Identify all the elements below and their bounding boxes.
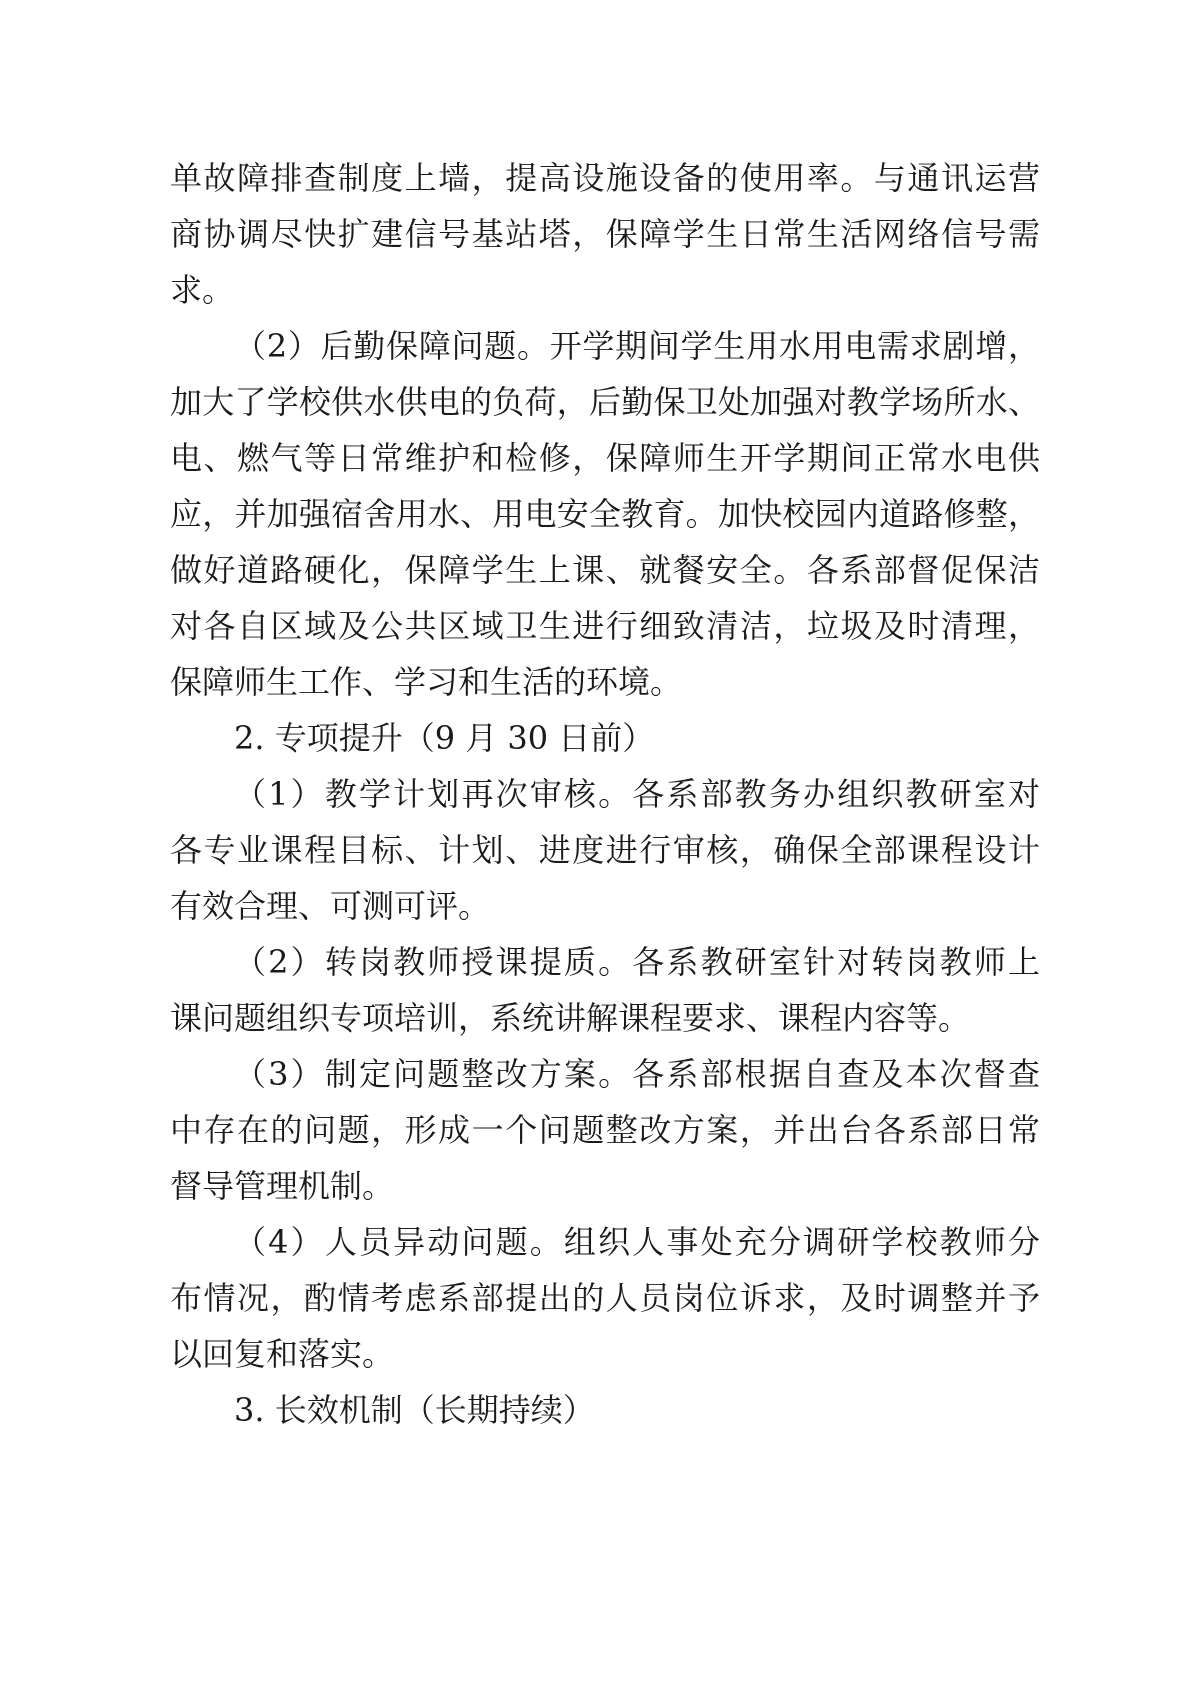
- document-body: 单故障排查制度上墙，提高设施设备的使用率。与通讯运营商协调尽快扩建信号基站塔，保…: [170, 150, 1040, 1438]
- text-line: 以回复和落实。: [170, 1326, 1040, 1382]
- text-line: 中存在的问题，形成一个问题整改方案，并出台各系部日常: [170, 1102, 1040, 1158]
- text-line: （4）人员异动问题。组织人事处充分调研学校教师分: [170, 1214, 1040, 1270]
- text-line: 3. 长效机制（长期持续）: [170, 1382, 1040, 1438]
- text-line: （3）制定问题整改方案。各系部根据自查及本次督查: [170, 1046, 1040, 1102]
- para-rectification-plan: （3）制定问题整改方案。各系部根据自查及本次督查中存在的问题，形成一个问题整改方…: [170, 1046, 1040, 1214]
- text-line: （2）转岗教师授课提质。各系教研室针对转岗教师上: [170, 934, 1040, 990]
- text-line: 对各自区域及公共区域卫生进行细致清洁，垃圾及时清理，: [170, 598, 1040, 654]
- text-line: 各专业课程目标、计划、进度进行审核，确保全部课程设计: [170, 822, 1040, 878]
- text-line: 有效合理、可测可评。: [170, 878, 1040, 934]
- text-line: 商协调尽快扩建信号基站塔，保障学生日常生活网络信号需: [170, 206, 1040, 262]
- text-line: 课问题组织专项培训，系统讲解课程要求、课程内容等。: [170, 990, 1040, 1046]
- document-page: 单故障排查制度上墙，提高设施设备的使用率。与通讯运营商协调尽快扩建信号基站塔，保…: [0, 0, 1191, 1684]
- text-line: 保障师生工作、学习和生活的环境。: [170, 654, 1040, 710]
- text-line: （1）教学计划再次审核。各系部教务办组织教研室对: [170, 766, 1040, 822]
- text-line: 督导管理机制。: [170, 1158, 1040, 1214]
- para-logistics-support: （2）后勤保障问题。开学期间学生用水用电需求剧增，加大了学校供水供电的负荷，后勤…: [170, 318, 1040, 710]
- text-line: 应，并加强宿舍用水、用电安全教育。加快校园内道路修整，: [170, 486, 1040, 542]
- text-line: 单故障排查制度上墙，提高设施设备的使用率。与通讯运营: [170, 150, 1040, 206]
- text-line: 布情况，酌情考虑系部提出的人员岗位诉求，及时调整并予: [170, 1270, 1040, 1326]
- text-line: （2）后勤保障问题。开学期间学生用水用电需求剧增，: [170, 318, 1040, 374]
- heading-long-term-mechanism: 3. 长效机制（长期持续）: [170, 1382, 1040, 1438]
- text-line: 做好道路硬化，保障学生上课、就餐安全。各系部督促保洁: [170, 542, 1040, 598]
- text-line: 加大了学校供水供电的负荷，后勤保卫处加强对教学场所水、: [170, 374, 1040, 430]
- text-line: 求。: [170, 262, 1040, 318]
- para-personnel-changes: （4）人员异动问题。组织人事处充分调研学校教师分布情况，酌情考虑系部提出的人员岗…: [170, 1214, 1040, 1382]
- heading-special-improvement: 2. 专项提升（9 月 30 日前）: [170, 710, 1040, 766]
- para-teaching-plan-review: （1）教学计划再次审核。各系部教务办组织教研室对各专业课程目标、计划、进度进行审…: [170, 766, 1040, 934]
- para-transfer-teacher-training: （2）转岗教师授课提质。各系教研室针对转岗教师上课问题组织专项培训，系统讲解课程…: [170, 934, 1040, 1046]
- text-line: 2. 专项提升（9 月 30 日前）: [170, 710, 1040, 766]
- para-facility-maintenance-continuation: 单故障排查制度上墙，提高设施设备的使用率。与通讯运营商协调尽快扩建信号基站塔，保…: [170, 150, 1040, 318]
- text-line: 电、燃气等日常维护和检修，保障师生开学期间正常水电供: [170, 430, 1040, 486]
